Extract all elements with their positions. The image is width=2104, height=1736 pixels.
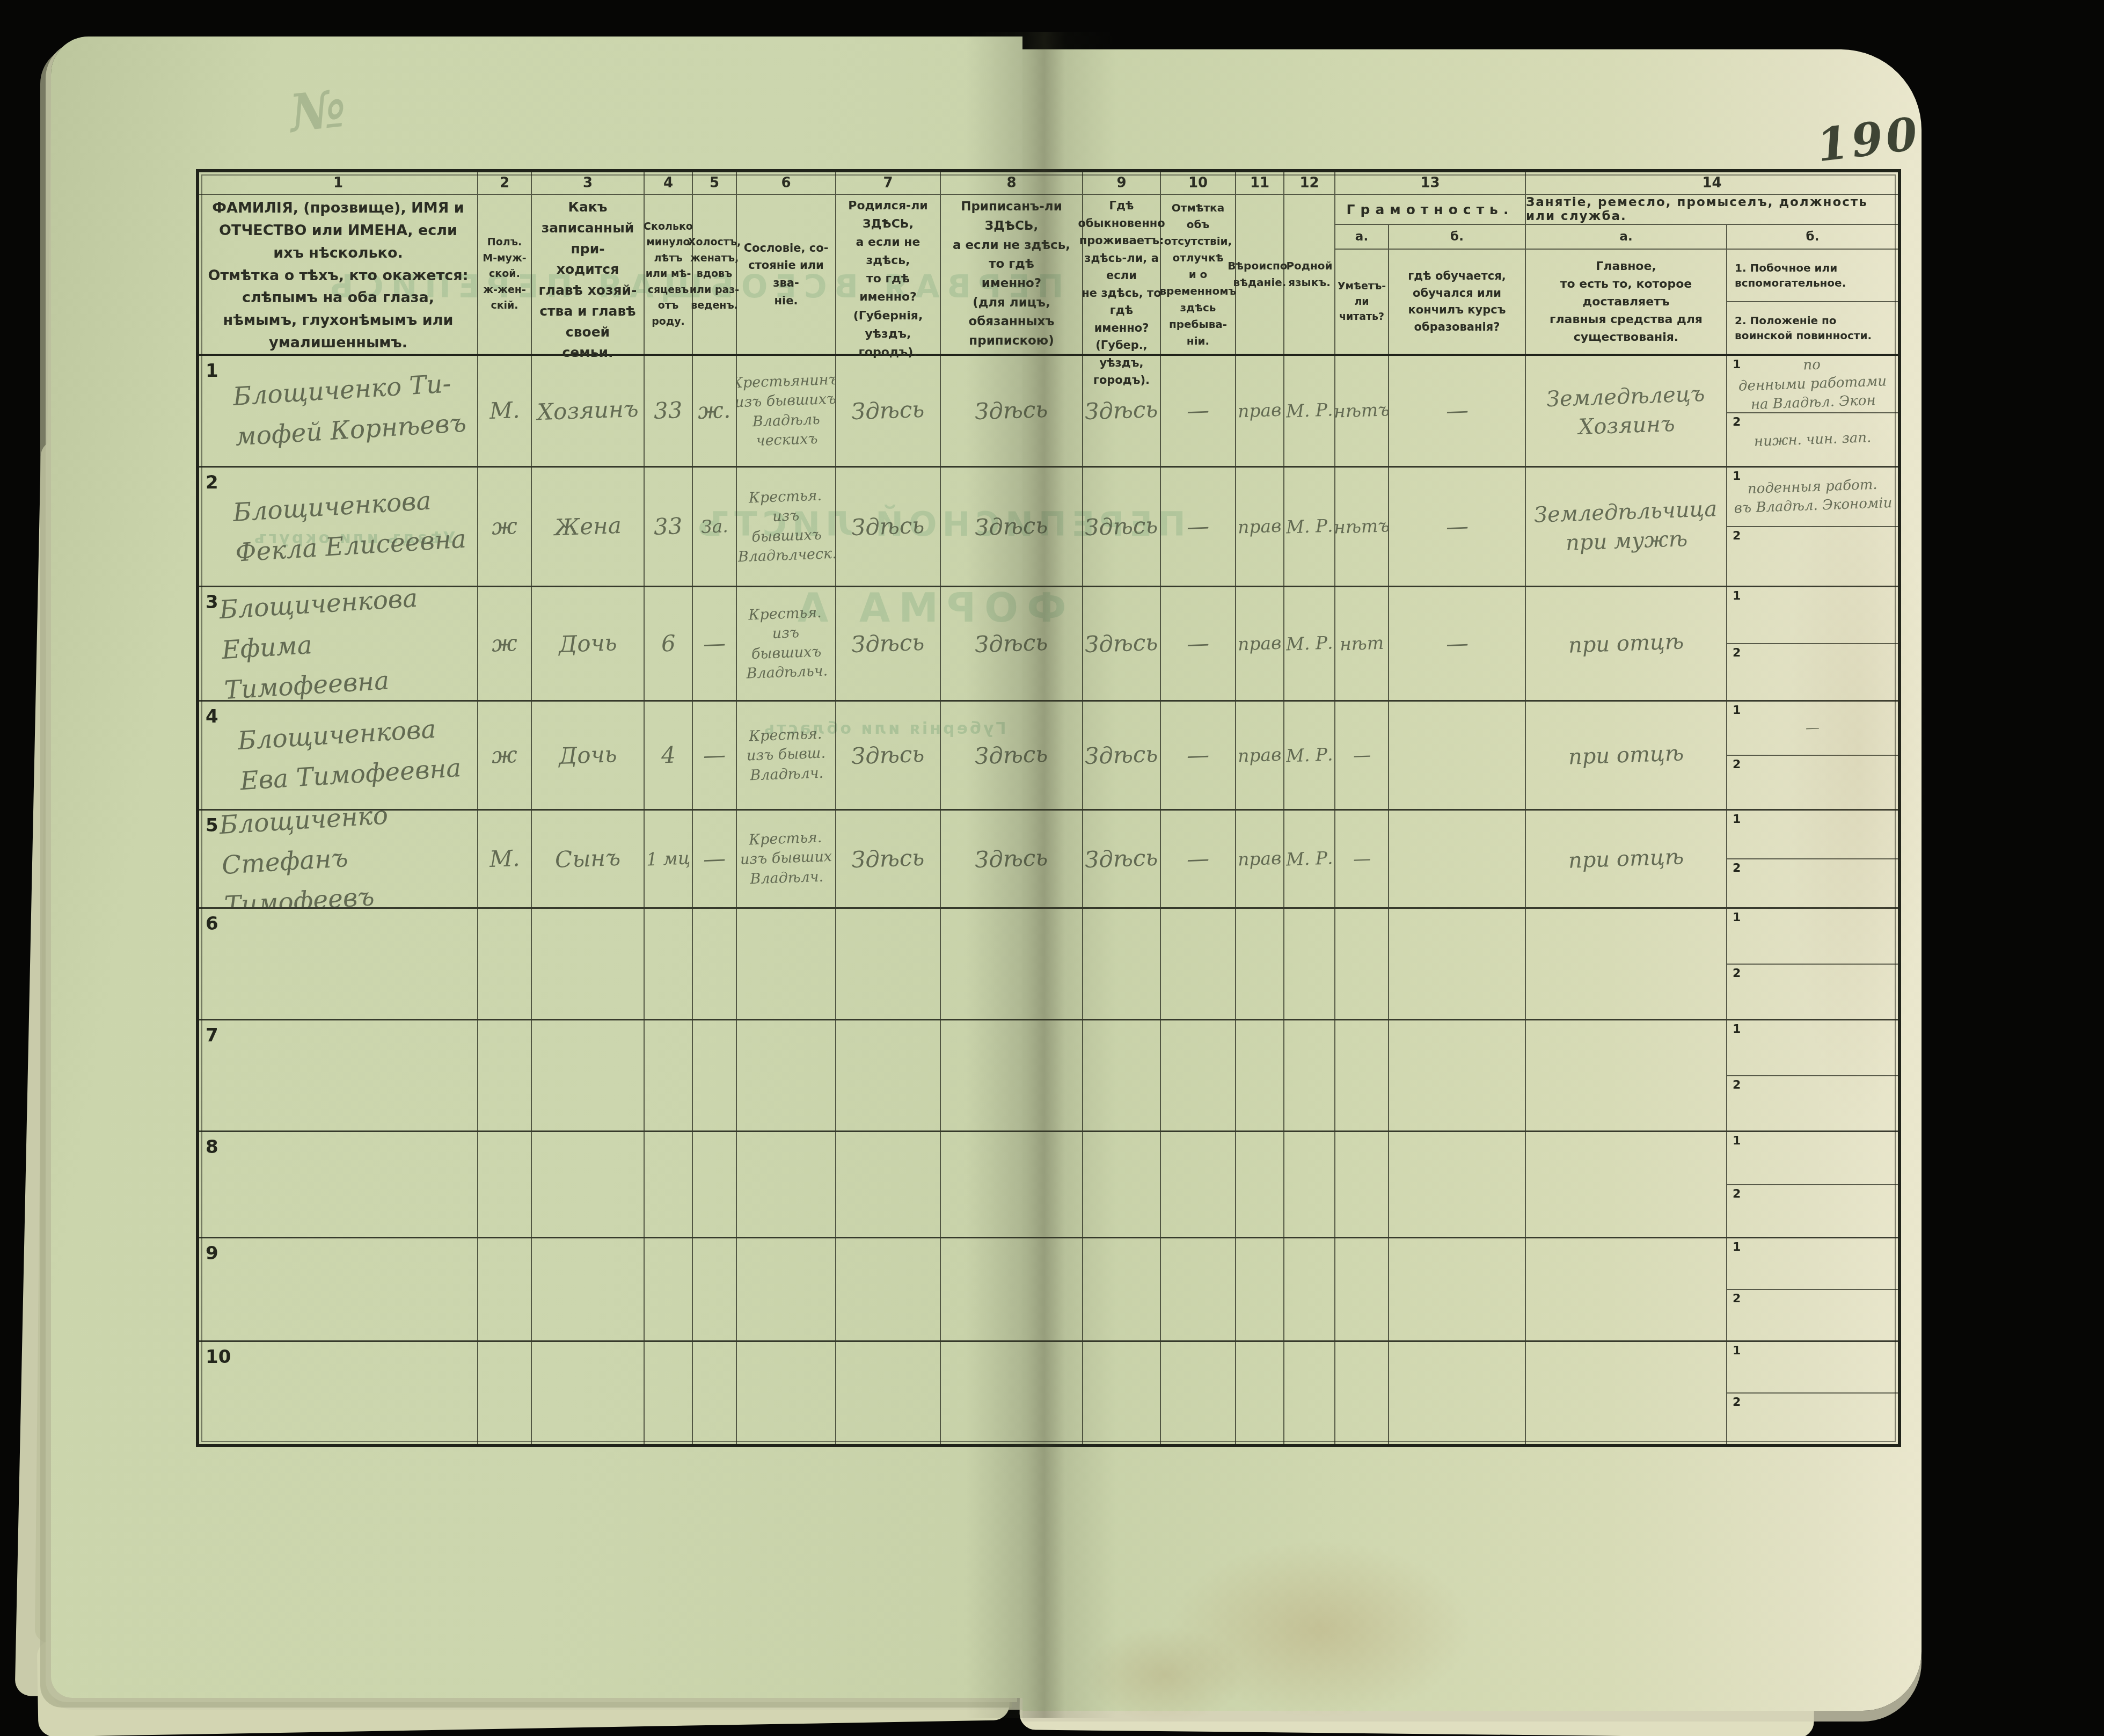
row-number: 6 [206,913,218,935]
col-label-military: 2. Положеніе по воинской повинности. [1727,302,1898,354]
subcell-number: 2 [1733,758,1741,771]
cell-sex [478,909,532,1019]
cell-literacy-a [1335,1238,1389,1340]
handwriting: Здѣсь [1084,510,1158,543]
handwriting: Здѣсь [851,395,925,427]
cell-estate: Крестья. изъ бывшихъ Владѣльч. [737,587,836,700]
subcell-number: 2 [1733,1292,1741,1305]
col-number: 2 [478,172,531,195]
col-label: Полъ. М-муж- ской. ж-жен- скій. [478,195,531,354]
handwriting: при отцѣ [1568,842,1684,875]
col-number: 8 [941,172,1082,195]
cell-name: 8 [199,1132,478,1237]
table-header: 1 ФАМИЛІЯ, (прозвище), ИМЯ и ОТЧЕСТВО ил… [199,172,1898,356]
handwriting: Дочь [558,628,617,660]
header-col-sex: 2 Полъ. М-муж- ской. ж-жен- скій. [478,172,532,354]
cell-language: М. Р. [1284,702,1335,809]
col-number: 6 [737,172,835,195]
cell-occupation-side: 1 2 [1727,1238,1898,1340]
handwriting: Сынъ [554,843,621,876]
col-label: Сословіе, со- стояніе или зва- ніе. [737,195,835,354]
handwriting: Здѣсь [851,510,925,543]
subcell-number: 1 [1733,813,1741,826]
cell-name: 5Блощиченко Стефанъ Тимофеевъ [199,811,478,907]
cell-resides [1083,1238,1161,1340]
col-number: 5 [693,172,736,195]
table-row: 10 1 2 [199,1342,1898,1444]
col-label: ФАМИЛІЯ, (прозвище), ИМЯ и ОТЧЕСТВО или … [199,195,477,356]
handwriting: — [703,843,726,874]
cell-age [645,1238,693,1340]
cell-language [1284,909,1335,1019]
handwriting: Земледѣльчица при мужѣ [1533,494,1719,559]
cell-relation [532,1132,645,1237]
header-col-estate: 6 Сословіе, со- стояніе или зва- ніе. [737,172,836,354]
handwriting: М. Р. [1285,846,1333,872]
handwriting-name: Блощиченкова Фекла Елисеевна [209,479,467,575]
cell-born: Здѣсь [836,587,941,700]
cell-occupation [1526,1342,1727,1444]
subcell-side: 1поденныя работ. въ Владѣл. Экономіи [1727,468,1898,527]
cell-literacy-a: — [1335,702,1389,809]
cell-literacy-a: нѣт [1335,587,1389,700]
cell-name: 1Блощиченко Ти- мофей Корнѣевъ [199,356,478,466]
handwriting: Здѣсь [851,627,925,660]
subcell-military: 2 [1727,859,1898,907]
cell-religion: прав [1236,468,1284,586]
table-row: 8 1 2 [199,1132,1898,1238]
cell-language: М. Р. [1284,356,1335,466]
cell-estate: Крестья. изъ бывших Владѣлч. [737,811,836,907]
subcell-number: 1 [1733,1344,1741,1358]
handwriting: 6 [661,628,676,659]
subcell-military: 2 [1727,1290,1898,1340]
row-number: 9 [206,1243,218,1264]
handwriting: прав [1238,846,1282,871]
cell-name: 9 [199,1238,478,1340]
cell-occupation [1526,1020,1727,1130]
cell-literacy-b [1389,811,1526,907]
col-label: Вѣроиспо- вѣданіе. [1236,195,1283,354]
cell-religion [1236,1342,1284,1444]
cell-sex: М. [478,356,532,466]
handwriting: М. [489,843,520,875]
header-col-occupation-side: б. 1. Побочное или вспомогательное. 2. П… [1727,225,1898,354]
subcell-military: 2 [1727,1185,1898,1237]
cell-relation [532,1020,645,1130]
subcell-number: 2 [1733,415,1741,429]
cell-registered: Здѣсь [941,587,1083,700]
handwriting: 1 мц [646,846,690,871]
group-title: Занятіе, ремесло, промыселъ, должность и… [1526,195,1898,225]
header-col-name: 1 ФАМИЛІЯ, (прозвище), ИМЯ и ОТЧЕСТВО ил… [199,172,478,354]
cell-occupation [1526,909,1727,1019]
handwriting: — [1445,395,1469,426]
cell-sex: М. [478,811,532,907]
subcell-number: 2 [1733,646,1741,660]
cell-born: Здѣсь [836,468,941,586]
subcell-number: 2 [1733,1396,1741,1409]
header-col-literacy-a: а. Умѣетъ- ли читать? [1335,225,1389,354]
cell-language [1284,1342,1335,1444]
handwriting: М. Р. [1285,742,1333,768]
cell-occupation-side: 1по денными работами на Владѣл. Экон 2ни… [1727,356,1898,466]
cell-age: 1 мц [645,811,693,907]
cell-resides: Здѣсь [1083,587,1161,700]
subcell-military: 2 [1727,965,1898,1019]
col-number: 13 [1335,172,1525,195]
col-number: 1 [199,172,477,195]
handwriting: — [1445,628,1469,659]
cell-absence [1161,1020,1236,1130]
cell-born [836,1132,941,1237]
cell-marital: — [693,587,737,700]
handwriting: — [1353,847,1371,871]
handwriting: нѣтъ [1335,398,1389,424]
handwriting: — [1805,719,1820,738]
cell-absence [1161,1342,1236,1444]
cell-occupation [1526,1238,1727,1340]
cell-estate: Крестьянинъ изъ бывшихъ Владѣль ческихъ [737,356,836,466]
subcell-side: 1 [1727,587,1898,644]
cell-age [645,1342,693,1444]
handwriting: Здѣсь [851,842,925,875]
cell-relation [532,909,645,1019]
cell-estate [737,909,836,1019]
subcol-letter: а. [1335,225,1388,250]
cell-absence [1161,909,1236,1019]
cell-resides: Здѣсь [1083,811,1161,907]
cell-literacy-b [1389,702,1526,809]
col-label: Умѣетъ- ли читать? [1335,250,1388,354]
handwriting: ж [491,511,518,542]
cell-absence: — [1161,356,1236,466]
cell-name: 4Блощиченкова Ева Тимофеевна [199,702,478,809]
handwriting: — [1186,843,1210,874]
subcell-military: 2нижн. чин. зап. [1727,413,1898,466]
col-label: Главное, то есть то, которое доставляетъ… [1526,250,1726,354]
subcell-military: 2 [1727,1394,1898,1444]
cell-registered: Здѣсь [941,468,1083,586]
handwriting: 33 [653,511,683,543]
cell-sex [478,1342,532,1444]
handwriting-name [327,963,349,965]
cell-registered: Здѣсь [941,702,1083,809]
cell-literacy-a [1335,1020,1389,1130]
cell-marital [693,1020,737,1130]
cell-religion: прав [1236,811,1284,907]
cell-registered [941,1238,1083,1340]
handwriting: Крестья. изъ бывшихъ Владѣлческ. [737,486,836,567]
handwriting: ж [491,628,518,659]
handwriting: нѣтъ [1335,514,1389,539]
cell-registered [941,1132,1083,1237]
subcell-number: 2 [1733,1187,1741,1201]
subcell-side: 1 [1727,1132,1898,1185]
header-col-registered: 8 Приписанъ-ли ЗДѢСЬ, а если не здѣсь, т… [941,172,1083,354]
cell-marital [693,909,737,1019]
cell-age: 33 [645,356,693,466]
col-number: 11 [1236,172,1283,195]
cell-name: 3Блощиченкова Ефима Тимофеевна [199,587,478,700]
subcell-side: 1 [1727,1342,1898,1394]
handwriting: прав [1238,514,1282,539]
subcell-side: 1 [1727,1020,1898,1076]
cell-born: Здѣсь [836,356,941,466]
handwriting-name: Блощиченкова Ефима Тимофеевна [199,587,478,700]
cell-name: 6 [199,909,478,1019]
cell-occupation-side: 1— 2 [1727,702,1898,809]
handwriting: М. Р. [1285,398,1333,424]
handwriting: Жена [554,510,622,543]
cell-literacy-a: нѣтъ [1335,356,1389,466]
cell-born [836,1238,941,1340]
handwriting: нѣт [1339,631,1384,656]
cell-relation: Дочь [532,702,645,809]
subcell-side: 1по денными работами на Владѣл. Экон [1727,356,1898,413]
col-number: 7 [836,172,940,195]
table-row: 6 1 2 [199,909,1898,1020]
cell-religion: прав [1236,356,1284,466]
subcell-military: 2 [1727,644,1898,700]
cell-age [645,1132,693,1237]
subcell-number: 2 [1733,862,1741,875]
subcell-military: 2 [1727,756,1898,809]
handwriting: — [703,740,726,771]
group-title: Грамотность. [1335,195,1525,225]
handwriting: Здѣсь [1084,842,1158,875]
cell-literacy-b [1389,1342,1526,1444]
cell-absence [1161,1132,1236,1237]
cell-estate [737,1132,836,1237]
cell-absence: — [1161,468,1236,586]
handwriting: Крестья. изъ бывш. Владѣлч. [746,725,827,786]
cell-occupation: Земледѣлецъ Хозяинъ [1526,356,1727,466]
handwriting: М. Р. [1285,631,1333,657]
cell-registered [941,909,1083,1019]
cell-literacy-b [1389,1132,1526,1237]
cell-sex: ж [478,468,532,586]
cell-occupation-side: 1 2 [1727,1342,1898,1444]
cell-sex [478,1238,532,1340]
cell-absence: — [1161,702,1236,809]
cell-born: Здѣсь [836,702,941,809]
col-number: 10 [1161,172,1235,195]
handwriting-name: Блощиченкова Ева Тимофеевна [214,707,463,803]
cell-language [1284,1238,1335,1340]
cell-relation: Сынъ [532,811,645,907]
cell-marital: — [693,702,737,809]
cell-literacy-a [1335,909,1389,1019]
handwriting: — [703,628,726,659]
row-number: 2 [206,472,218,493]
cell-relation: Дочь [532,587,645,700]
header-col-literacy-b: б. гдѣ обучается, обучался или кончилъ к… [1389,225,1525,354]
table-row: 7 1 2 [199,1020,1898,1132]
subcell-number: 2 [1733,529,1741,543]
handwriting: ж [491,740,518,771]
col-label: Какъ записанный при- ходится главѣ хозяй… [532,195,644,366]
handwriting: 4 [661,740,676,771]
cell-born [836,1342,941,1444]
handwriting-name: Блощиченко Ти- мофей Корнѣевъ [209,363,467,459]
cell-age: 33 [645,468,693,586]
handwriting: Крестья. изъ бывшихъ Владѣльч. [737,603,836,684]
cell-language [1284,1132,1335,1237]
header-col-resides: 9 Гдѣ обыкновенно проживаетъ: здѣсь-ли, … [1083,172,1161,354]
handwriting: Здѣсь [1084,739,1158,771]
cell-resides: Здѣсь [1083,468,1161,586]
col-label: Приписанъ-ли ЗДѢСЬ, а если не здѣсь, то … [941,195,1082,354]
subcell-side: 1— [1727,702,1898,756]
cell-marital: За. [693,468,737,586]
handwriting: Дочь [558,739,617,771]
handwriting: — [1186,740,1210,771]
cell-language: М. Р. [1284,811,1335,907]
cell-literacy-b [1389,1238,1526,1340]
cell-literacy-b [1389,909,1526,1019]
header-col-marital: 5 Холостъ, женатъ, вдовъ или раз- веденъ… [693,172,737,354]
handwriting: — [1445,511,1469,542]
cell-relation [532,1342,645,1444]
cell-literacy-a [1335,1342,1389,1444]
cell-occupation-side: 1 2 [1727,587,1898,700]
handwriting: по денными работами на Владѣл. Экон [1737,356,1887,415]
cell-resides [1083,1342,1161,1444]
cell-religion: прав [1236,587,1284,700]
cell-estate [737,1020,836,1130]
cell-marital [693,1342,737,1444]
col-label: гдѣ обучается, обучался или кончилъ курс… [1389,250,1525,354]
cell-language: М. Р. [1284,468,1335,586]
handwriting: 33 [653,395,683,427]
cell-relation [532,1238,645,1340]
cell-estate: Крестья. изъ бывш. Владѣлч. [737,702,836,809]
cell-literacy-b: — [1389,587,1526,700]
census-table: 1 ФАМИЛІЯ, (прозвище), ИМЯ и ОТЧЕСТВО ил… [196,169,1901,1447]
cell-religion [1236,909,1284,1019]
header-col-born: 7 Родился-ли ЗДѢСЬ, а если не здѣсь, то … [836,172,941,354]
handwriting: Крестья. изъ бывших Владѣлч. [739,828,833,889]
cell-literacy-a: нѣтъ [1335,468,1389,586]
handwriting: Крестьянинъ изъ бывшихъ Владѣль ческихъ [737,370,836,452]
handwriting: Здѣсь [974,510,1048,543]
col-label: Отмѣтка объ отсутствіи, отлучкѣ и о врем… [1161,195,1235,354]
cell-estate: Крестья. изъ бывшихъ Владѣлческ. [737,468,836,586]
cell-sex [478,1132,532,1237]
col-label: Сколько минуло лѣтъ или мѣ- сяцевъ отъ р… [645,195,692,354]
handwriting: Хозяинъ [537,394,639,428]
table-row: 2Блощиченкова Фекла Елисеевна ж Жена 33 … [199,468,1898,587]
cell-occupation: Земледѣльчица при мужѣ [1526,468,1727,586]
cell-occupation-side: 1 2 [1727,909,1898,1019]
cell-occupation-side: 1 2 [1727,1132,1898,1237]
subcell-side: 1 [1727,909,1898,965]
handwriting: Здѣсь [974,395,1048,427]
cell-absence: — [1161,587,1236,700]
header-col-age: 4 Сколько минуло лѣтъ или мѣ- сяцевъ отъ… [645,172,693,354]
handwriting: Здѣсь [974,739,1048,771]
census-book-scan: № ПЕРВАЯ ВСЕОБЩАЯ ПЕРЕПИСЬ ПЕРЕПИСНОЙ ЛИ… [0,0,2104,1736]
cell-born [836,1020,941,1130]
handwriting: — [1186,511,1210,542]
handwriting: М. [489,395,520,427]
cell-registered [941,1020,1083,1130]
cell-absence [1161,1238,1236,1340]
cell-religion [1236,1132,1284,1237]
header-col-language: 12 Родной языкъ. [1284,172,1335,354]
subcell-number: 1 [1733,1023,1741,1036]
handwriting: при отцѣ [1568,739,1684,771]
cell-occupation-side: 1 2 [1727,811,1898,907]
col-number: 4 [645,172,692,195]
cell-sex: ж [478,587,532,700]
cell-born: Здѣсь [836,811,941,907]
cell-literacy-b: — [1389,356,1526,466]
cell-name: 7 [199,1020,478,1130]
subcell-number: 1 [1733,911,1741,924]
handwriting-name: Блощиченко Стефанъ Тимофеевъ [199,811,478,907]
row-number: 7 [206,1025,218,1046]
header-col-occupation-main: а. Главное, то есть то, которое доставля… [1526,225,1727,354]
handwriting: прав [1238,631,1282,656]
handwriting: — [1353,743,1371,768]
row-number: 8 [206,1136,218,1158]
col-number: 9 [1083,172,1160,195]
handwriting: ж. [697,395,731,427]
cell-born [836,909,941,1019]
header-col-relation: 3 Какъ записанный при- ходится главѣ хоз… [532,172,645,354]
subcell-number: 1 [1733,1241,1741,1254]
table-row: 4Блощиченкова Ева Тимофеевна ж Дочь 4 — … [199,702,1898,811]
col-number: 3 [532,172,644,195]
cell-absence: — [1161,811,1236,907]
cell-resides: Здѣсь [1083,702,1161,809]
handwriting: поденныя работ. въ Владѣл. Экономіи [1733,475,1892,518]
table-row: 1Блощиченко Ти- мофей Корнѣевъ М. Хозяин… [199,356,1898,468]
cell-literacy-a [1335,1132,1389,1237]
cell-estate [737,1238,836,1340]
handwriting: Здѣсь [1084,395,1158,427]
subcol-letter: б. [1389,225,1525,250]
cell-age: 6 [645,587,693,700]
cell-resides [1083,909,1161,1019]
handwriting: — [1186,628,1210,659]
col-number: 14 [1526,172,1898,195]
handwriting: Здѣсь [851,739,925,771]
col-label: Родился-ли ЗДѢСЬ, а если не здѣсь, то гд… [836,195,940,364]
cell-marital: — [693,811,737,907]
subcell-side: 1 [1727,811,1898,859]
handwriting: при отцѣ [1568,627,1684,660]
handwriting: прав [1238,398,1282,424]
cell-literacy-a: — [1335,811,1389,907]
table-row: 3Блощиченкова Ефима Тимофеевна ж Дочь 6 … [199,587,1898,702]
cell-resides [1083,1132,1161,1237]
row-number: 10 [206,1346,231,1368]
cell-sex: ж [478,702,532,809]
col-label: Холостъ, женатъ, вдовъ или раз- веденъ. [693,195,736,354]
cell-occupation: при отцѣ [1526,811,1727,907]
cell-occupation [1526,1132,1727,1237]
cell-religion [1236,1020,1284,1130]
subcell-military: 2 [1727,527,1898,586]
header-group-literacy: 13 Грамотность. а. Умѣетъ- ли читать? б.… [1335,172,1526,354]
cell-registered: Здѣсь [941,356,1083,466]
cell-occupation: при отцѣ [1526,587,1727,700]
col-label-side: 1. Побочное или вспомогательное. [1727,250,1898,302]
cell-name: 10 [199,1342,478,1444]
